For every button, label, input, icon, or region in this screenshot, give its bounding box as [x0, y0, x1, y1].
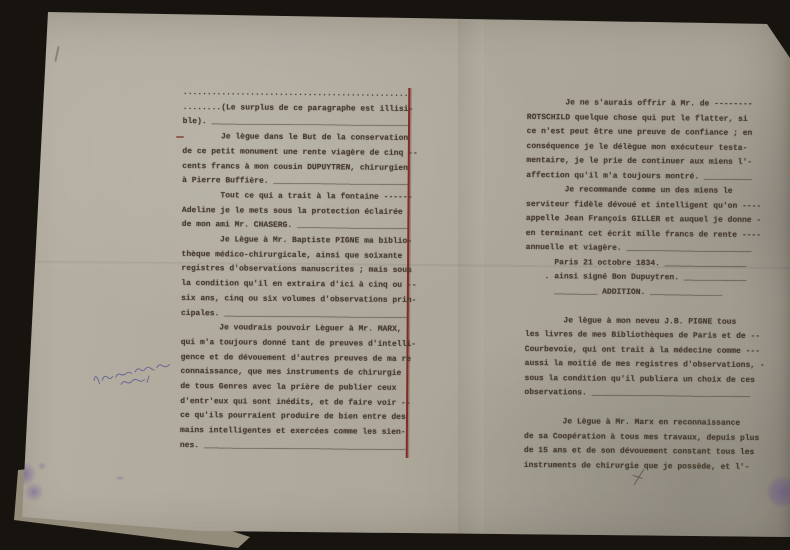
- scratch-mark: [54, 46, 59, 62]
- document-paper: ........................................…: [0, 0, 790, 550]
- ink-stain-right-edge: [756, 468, 790, 518]
- vertical-fold-crease: [458, 12, 484, 550]
- right-page-typed-text: Je ne s'aurais offrir à Mr. de -------- …: [524, 96, 783, 475]
- photo-background: ........................................…: [0, 0, 790, 550]
- left-page-typed-text: ........................................…: [180, 86, 421, 456]
- handwritten-margin-note: [88, 355, 184, 399]
- pencil-check-mark: [629, 465, 649, 489]
- ink-stain-left-edge: [2, 448, 72, 518]
- ink-smear-small: [112, 474, 128, 482]
